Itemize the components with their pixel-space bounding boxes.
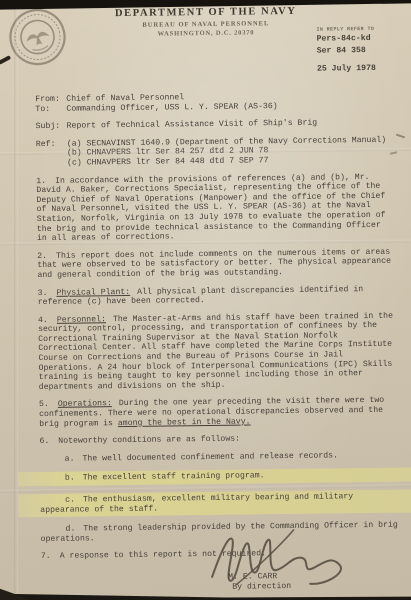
paragraph-1: 1.In accordance with the provisions of r… [36, 172, 395, 244]
signer-name: M. E. CARR [228, 572, 277, 582]
ref-list: (a) SECNAVINST 1640.9 (Department of the… [67, 136, 387, 169]
paragraph-number: 7. [41, 552, 51, 561]
item-letter: c. [65, 496, 75, 505]
ref-row: Ref: (a) SECNAVINST 1640.9 (Department o… [36, 135, 394, 168]
paragraph-4: 4.Personnel:The Master-at-Arms and his s… [38, 311, 397, 392]
signer-title: By direction [232, 582, 291, 592]
paragraph-lead-underlined: Personnel: [57, 315, 106, 325]
refer-code: Pers-84c-kd [316, 34, 374, 45]
to-label: To: [35, 104, 66, 114]
paragraph-text: This report does not include comments on… [37, 247, 391, 279]
paragraph-number: 2. [37, 252, 47, 261]
ref-item: (c) CHNAVPERS ltr Ser 84 448 dtd 7 SEP 7… [67, 156, 269, 167]
paragraph-5: 5.Operations:During the one year precedi… [39, 396, 397, 429]
scanned-navy-memo: DEPARTMENT OF THE NAVY BUREAU OF NAVAL P… [0, 0, 411, 600]
ref-label: Ref: [36, 139, 67, 168]
item-text: The enthusiasm, excellent military beari… [40, 492, 353, 514]
item-letter: b. [65, 474, 75, 483]
paper-sheet: DEPARTMENT OF THE NAVY BUREAU OF NAVAL P… [0, 0, 411, 600]
paragraph-number: 4. [38, 316, 48, 325]
subject-label: Subj: [36, 122, 67, 132]
paragraph-3: 3.Physical Plant:All physical plant disc… [38, 284, 396, 308]
paragraph-number: 1. [36, 177, 46, 186]
paragraph-text: Noteworthy conditions are as follows: [58, 435, 240, 446]
paragraph-number: 5. [39, 400, 49, 409]
paragraph-6: 6.Noteworthy conditions are as follows: [39, 433, 397, 447]
paragraph-text: The Master-at-Arms and his staff have be… [38, 311, 393, 391]
from-label: From: [35, 95, 66, 105]
paragraph-number: 6. [39, 437, 49, 446]
paragraph-text: In accordance with the provisions of ref… [36, 173, 385, 244]
letter-date: 25 July 1978 [317, 64, 376, 74]
noteworthy-item-b-highlighted: b.The excellent staff training program. [18, 468, 411, 486]
noteworthy-item-c-highlighted: c.The enthusiasm, excellent military bea… [18, 489, 411, 517]
underlined-phrase: among the best in the Navy. [118, 417, 251, 428]
item-letter: a. [65, 454, 75, 463]
reply-refer-block: IN REPLY REFER TO Pers-84c-kd Ser 84 358 [316, 26, 374, 57]
in-reply-refer-label: IN REPLY REFER TO [316, 26, 374, 33]
paragraph-number: 3. [38, 288, 48, 297]
noteworthy-item-a: a.The well documented confinement and re… [40, 450, 398, 464]
item-text: The excellent staff training program. [83, 472, 265, 483]
item-text: The well documented confinement and rele… [82, 451, 338, 463]
paragraph-2: 2.This report does not include comments … [37, 247, 395, 280]
item-letter: d. [65, 525, 75, 534]
letter-body: From: Chief of Naval Personnel To: Comma… [35, 91, 399, 570]
paragraph-lead-underlined: Operations: [58, 400, 112, 410]
paragraph-lead-underlined: Physical Plant: [56, 287, 130, 297]
serial-number: Ser 84 358 [317, 46, 375, 57]
